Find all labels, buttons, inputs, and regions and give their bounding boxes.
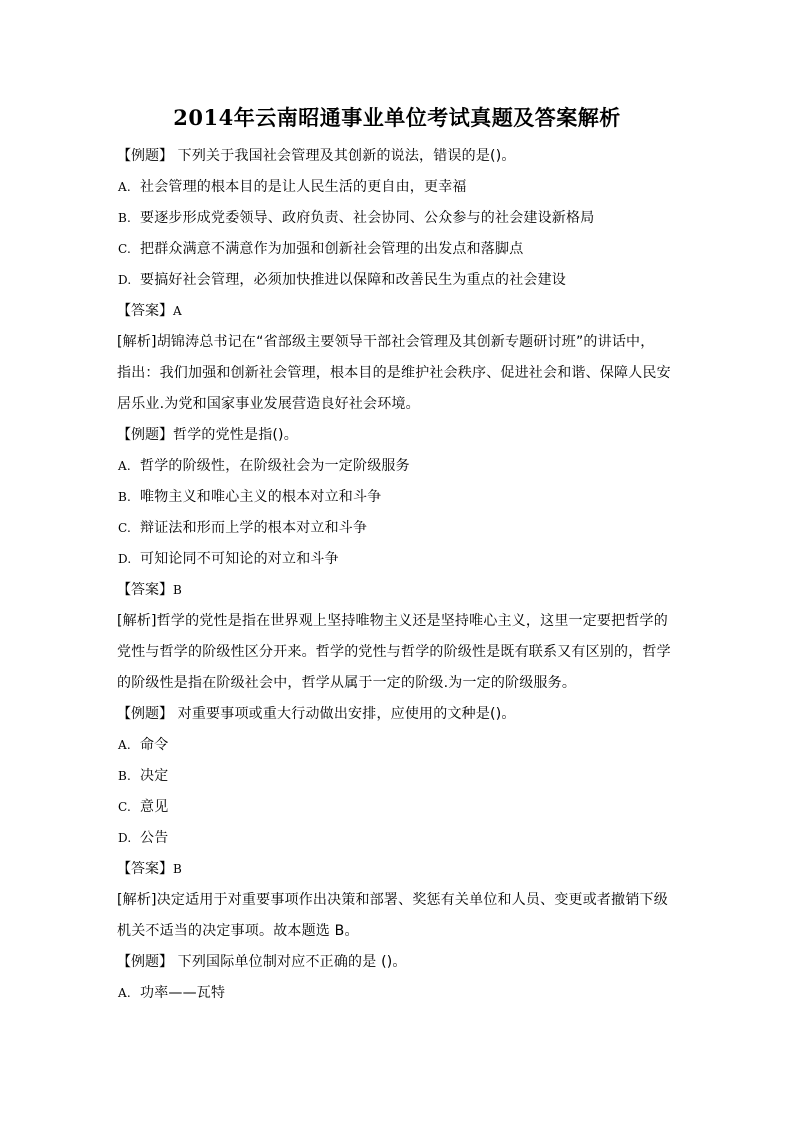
question-label: 【例题】 bbox=[117, 148, 173, 164]
option-letter: A. bbox=[118, 451, 140, 482]
option-item: A.哲学的阶级性，在阶级社会为一定阶级服务 bbox=[117, 451, 677, 482]
option-text: 辩证法和形而上学的根本对立和斗争 bbox=[140, 520, 367, 536]
option-text: 要逐步形成党委领导、政府负责、社会协同、公众参与的社会建设新格局 bbox=[140, 210, 594, 226]
option-letter: C. bbox=[118, 513, 140, 544]
option-letter: A. bbox=[118, 172, 140, 203]
answer-label: 【答案】 bbox=[117, 303, 173, 319]
option-text: 可知论同不可知论的对立和斗争 bbox=[140, 551, 339, 567]
document-body: 【例题】 下列关于我国社会管理及其创新的说法，错误的是()。 A.社会管理的根本… bbox=[117, 141, 677, 1009]
analysis-line: 的阶级性是指在阶级社会中，哲学从属于一定的阶级.为一定的阶级服务。 bbox=[117, 668, 677, 699]
option-letter: C. bbox=[118, 234, 140, 265]
option-text: 要搞好社会管理，必须加快推进以保障和改善民生为重点的社会建设 bbox=[140, 272, 566, 288]
analysis-line: 机关不适当的决定事项。故本题选 B。 bbox=[117, 916, 677, 947]
answer-value: A bbox=[173, 304, 182, 318]
option-letter: D. bbox=[118, 544, 140, 575]
question-text: 对重要事项或重大行动做出安排，应使用的文种是()。 bbox=[173, 706, 516, 722]
question-label: 【例题】 bbox=[117, 427, 173, 443]
answer-value: B bbox=[173, 862, 182, 876]
option-item: D.要搞好社会管理，必须加快推进以保障和改善民生为重点的社会建设 bbox=[117, 265, 677, 296]
option-text: 唯物主义和唯心主义的根本对立和斗争 bbox=[140, 489, 381, 505]
option-letter: D. bbox=[118, 265, 140, 296]
option-item: A.功率——瓦特 bbox=[117, 978, 677, 1009]
answer-line: 【答案】A bbox=[117, 296, 677, 327]
answer-value: B bbox=[173, 583, 182, 597]
answer-label: 【答案】 bbox=[117, 861, 173, 877]
question-label: 【例题】 bbox=[117, 706, 173, 722]
option-item: D.可知论同不可知论的对立和斗争 bbox=[117, 544, 677, 575]
question-stem: 【例题】 下列国际单位制对应不正确的是 ()。 bbox=[117, 947, 677, 978]
option-text: 哲学的阶级性，在阶级社会为一定阶级服务 bbox=[140, 458, 410, 474]
answer-label: 【答案】 bbox=[117, 582, 173, 598]
option-item: A.社会管理的根本目的是让人民生活的更自由，更幸福 bbox=[117, 172, 677, 203]
answer-line: 【答案】B bbox=[117, 854, 677, 885]
option-item: D.公告 bbox=[117, 823, 677, 854]
option-letter: A. bbox=[118, 730, 140, 761]
question-stem: 【例题】 对重要事项或重大行动做出安排，应使用的文种是()。 bbox=[117, 699, 677, 730]
question-text: 哲学的党性是指()。 bbox=[173, 427, 298, 443]
option-letter: D. bbox=[118, 823, 140, 854]
document-page: 2014年云南昭通事业单位考试真题及答案解析 【例题】 下列关于我国社会管理及其… bbox=[0, 0, 794, 1123]
document-title: 2014年云南昭通事业单位考试真题及答案解析 bbox=[0, 104, 794, 132]
option-item: B.要逐步形成党委领导、政府负责、社会协同、公众参与的社会建设新格局 bbox=[117, 203, 677, 234]
option-letter: A. bbox=[118, 978, 140, 1009]
analysis-line: 指出：我们加强和创新社会管理，根本目的是维护社会秩序、促进社会和谐、保障人民安 bbox=[117, 358, 677, 389]
question-text: 下列关于我国社会管理及其创新的说法，错误的是()。 bbox=[173, 148, 516, 164]
question-stem: 【例题】哲学的党性是指()。 bbox=[117, 420, 677, 451]
option-item: C.辩证法和形而上学的根本对立和斗争 bbox=[117, 513, 677, 544]
option-item: C.把群众满意不满意作为加强和创新社会管理的出发点和落脚点 bbox=[117, 234, 677, 265]
analysis-line: [解析]决定适用于对重要事项作出决策和部署、奖惩有关单位和人员、变更或者撤销下级 bbox=[117, 885, 677, 916]
option-text: 把群众满意不满意作为加强和创新社会管理的出发点和落脚点 bbox=[140, 241, 523, 257]
option-letter: C. bbox=[118, 792, 140, 823]
analysis-line: [解析]哲学的党性是指在世界观上坚持唯物主义还是坚持唯心主义，这里一定要把哲学的 bbox=[117, 606, 677, 637]
analysis-line: [解析]胡锦涛总书记在“省部级主要领导干部社会管理及其创新专题研讨班”的讲话中， bbox=[117, 327, 677, 358]
option-letter: B. bbox=[118, 482, 140, 513]
option-item: B.唯物主义和唯心主义的根本对立和斗争 bbox=[117, 482, 677, 513]
option-item: B.决定 bbox=[117, 761, 677, 792]
option-text: 命令 bbox=[140, 737, 168, 753]
option-letter: B. bbox=[118, 203, 140, 234]
question-stem: 【例题】 下列关于我国社会管理及其创新的说法，错误的是()。 bbox=[117, 141, 677, 172]
option-text: 社会管理的根本目的是让人民生活的更自由，更幸福 bbox=[140, 179, 467, 195]
option-text: 公告 bbox=[140, 830, 168, 846]
question-text: 下列国际单位制对应不正确的是 ()。 bbox=[173, 954, 407, 970]
option-item: C.意见 bbox=[117, 792, 677, 823]
question-label: 【例题】 bbox=[117, 954, 173, 970]
option-item: A.命令 bbox=[117, 730, 677, 761]
option-text: 功率——瓦特 bbox=[140, 985, 225, 1001]
option-letter: B. bbox=[118, 761, 140, 792]
option-text: 决定 bbox=[140, 768, 168, 784]
analysis-line: 居乐业.为党和国家事业发展营造良好社会环境。 bbox=[117, 389, 677, 420]
option-text: 意见 bbox=[140, 799, 168, 815]
answer-line: 【答案】B bbox=[117, 575, 677, 606]
analysis-line: 党性与哲学的阶级性区分开来。哲学的党性与哲学的阶级性是既有联系又有区别的，哲学 bbox=[117, 637, 677, 668]
